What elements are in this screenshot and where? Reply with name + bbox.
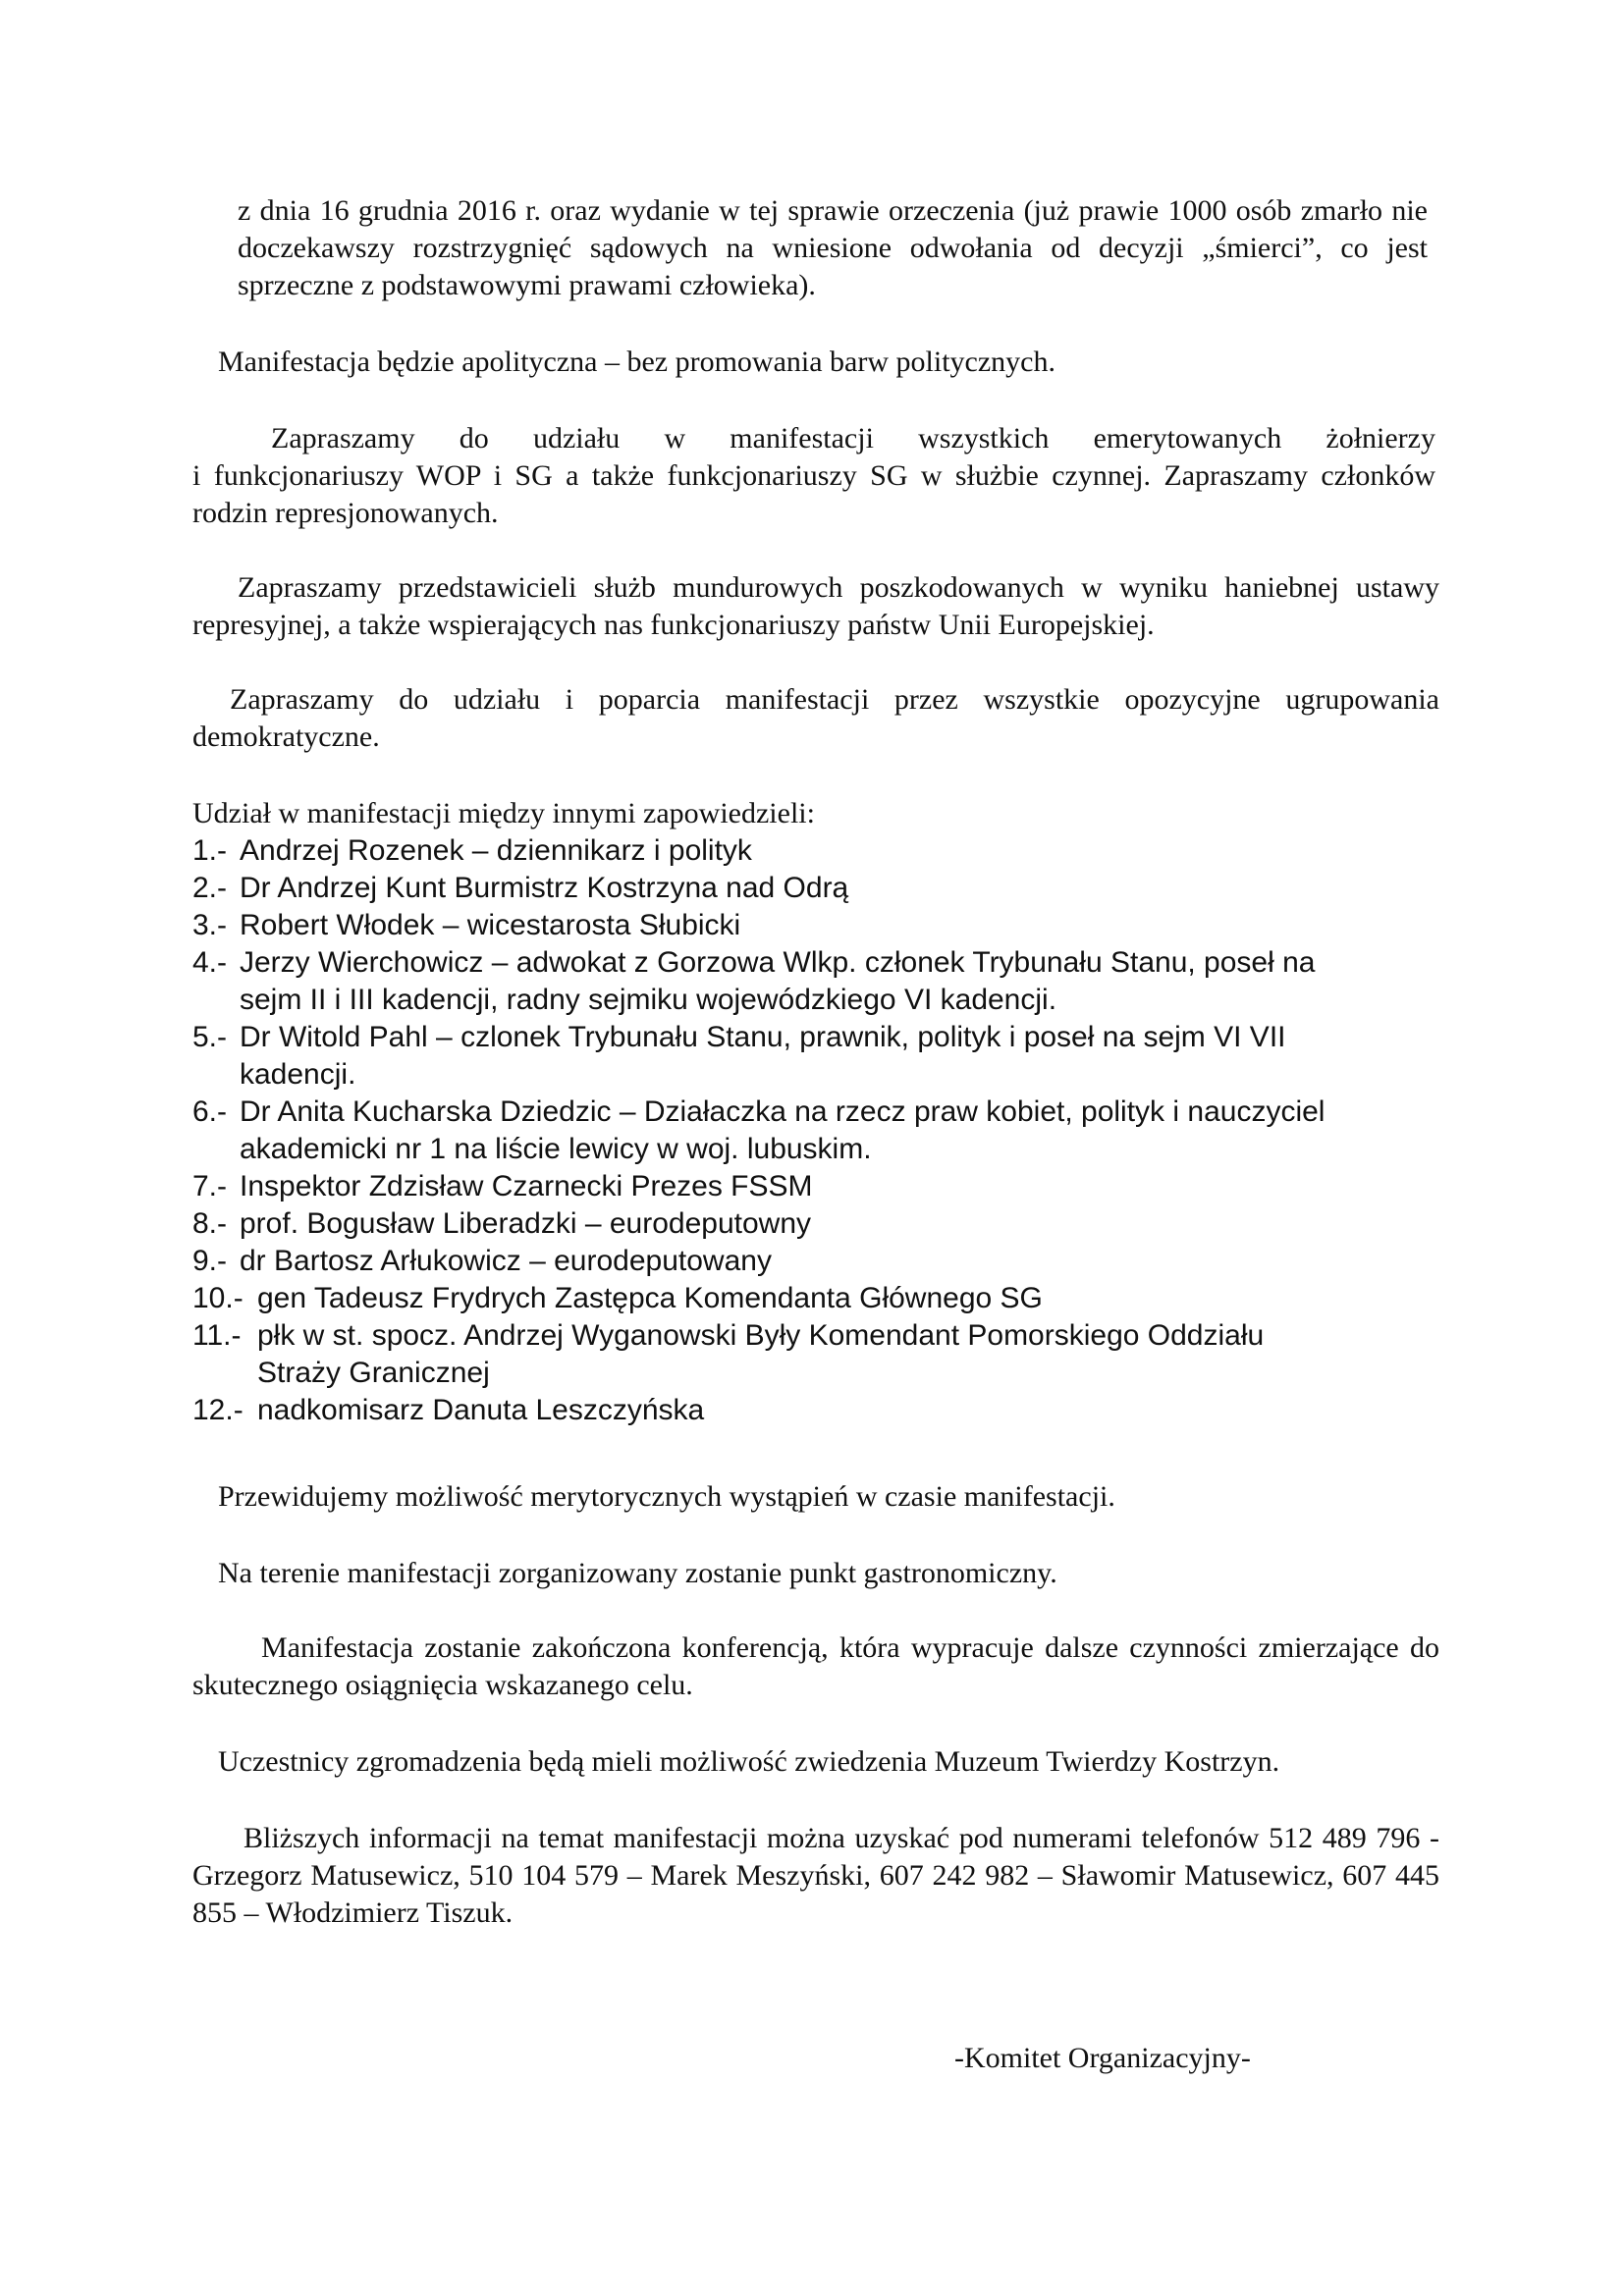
speaker-number: 6.-	[192, 1094, 240, 1168]
speaker-list-item: 10.- gen Tadeusz Frydrych Zastępca Komen…	[192, 1280, 1351, 1317]
speaker-description: prof. Bogusław Liberadzki – eurodeputown…	[240, 1205, 1351, 1243]
paragraph-contact: Bliższych informacji na temat manifestac…	[192, 1820, 1439, 1932]
speaker-description: Inspektor Zdzisław Czarnecki Prezes FSSM	[240, 1168, 1351, 1205]
speaker-number: 8.-	[192, 1205, 240, 1243]
paragraph-text-rest: i funkcjonariuszy WOP i SG a także funkc…	[192, 457, 1435, 532]
speaker-number: 5.-	[192, 1019, 240, 1094]
speakers-intro: Udział w manifestacji między innymi zapo…	[192, 795, 1439, 832]
speaker-description: gen Tadeusz Frydrych Zastępca Komendanta…	[257, 1280, 1351, 1317]
speaker-list-item: 8.- prof. Bogusław Liberadzki – eurodepu…	[192, 1205, 1351, 1243]
speaker-description: Robert Włodek – wicestarosta Słubicki	[240, 907, 1351, 944]
speaker-list-item: 11.- płk w st. spocz. Andrzej Wyganowski…	[192, 1317, 1351, 1392]
speaker-list-item: 2.- Dr Andrzej Kunt Burmistrz Kostrzyna …	[192, 870, 1351, 907]
speaker-list-item: 4.- Jerzy Wierchowicz – adwokat z Gorzow…	[192, 944, 1351, 1019]
paragraph-text: Manifestacja zostanie zakończona konfere…	[192, 1629, 1439, 1704]
speaker-description: płk w st. spocz. Andrzej Wyganowski Były…	[257, 1317, 1351, 1392]
speaker-number: 3.-	[192, 907, 240, 944]
document-page: z dnia 16 grudnia 2016 r. oraz wydanie w…	[0, 0, 1623, 2296]
speaker-number: 10.-	[192, 1280, 257, 1317]
speaker-description: nadkomisarz Danuta Leszczyńska	[257, 1392, 1351, 1429]
paragraph-text: Na terenie manifestacji zorganizowany zo…	[218, 1555, 1435, 1592]
speaker-description: Jerzy Wierchowicz – adwokat z Gorzowa Wl…	[240, 944, 1351, 1019]
paragraph-invitation-soldiers: Zapraszamy do udziału w manifestacji wsz…	[192, 420, 1435, 532]
speaker-list-item: 9.- dr Bartosz Arłukowicz – eurodeputowa…	[192, 1243, 1351, 1280]
paragraph-text: Zapraszamy do udziału i poparcia manifes…	[192, 681, 1439, 756]
speaker-number: 11.-	[192, 1317, 257, 1392]
paragraph-text: Bliższych informacji na temat manifestac…	[192, 1820, 1439, 1932]
paragraph-speeches: Przewidujemy możliwość merytorycznych wy…	[218, 1478, 1435, 1516]
paragraph-conference: Manifestacja zostanie zakończona konfere…	[192, 1629, 1439, 1704]
speaker-list-item: 7.- Inspektor Zdzisław Czarnecki Prezes …	[192, 1168, 1351, 1205]
speaker-list-item: 3.- Robert Włodek – wicestarosta Słubick…	[192, 907, 1351, 944]
paragraph-text: Przewidujemy możliwość merytorycznych wy…	[218, 1478, 1435, 1516]
paragraph-text: Zapraszamy przedstawicieli służb munduro…	[192, 569, 1439, 644]
paragraph-text: Manifestacja będzie apolityczna – bez pr…	[218, 344, 1435, 381]
speaker-list-item: 1.- Andrzej Rozenek – dziennikarz i poli…	[192, 832, 1351, 870]
speaker-list-item: 12.- nadkomisarz Danuta Leszczyńska	[192, 1392, 1351, 1429]
speaker-number: 9.-	[192, 1243, 240, 1280]
paragraph-apolitical: Manifestacja będzie apolityczna – bez pr…	[218, 344, 1435, 381]
speaker-description: Andrzej Rozenek – dziennikarz i polityk	[240, 832, 1351, 870]
speaker-list-item: 5.- Dr Witold Pahl – czlonek Trybunału S…	[192, 1019, 1351, 1094]
paragraph-text: z dnia 16 grudnia 2016 r. oraz wydanie w…	[238, 192, 1428, 304]
paragraph-museum: Uczestnicy zgromadzenia będą mieli możli…	[218, 1743, 1435, 1781]
paragraph-text-line1: Zapraszamy do udziału w manifestacji wsz…	[192, 420, 1435, 457]
speaker-number: 7.-	[192, 1168, 240, 1205]
speaker-number: 2.-	[192, 870, 240, 907]
paragraph-text: Uczestnicy zgromadzenia będą mieli możli…	[218, 1743, 1435, 1781]
paragraph-gastronomy: Na terenie manifestacji zorganizowany zo…	[218, 1555, 1435, 1592]
speaker-number: 4.-	[192, 944, 240, 1019]
speaker-number: 1.-	[192, 832, 240, 870]
paragraph-ruling-context: z dnia 16 grudnia 2016 r. oraz wydanie w…	[238, 192, 1428, 304]
speaker-description: Dr Andrzej Kunt Burmistrz Kostrzyna nad …	[240, 870, 1351, 907]
paragraph-invitation-opposition: Zapraszamy do udziału i poparcia manifes…	[192, 681, 1439, 756]
speaker-description: Dr Anita Kucharska Dziedzic – Działaczka…	[240, 1094, 1351, 1168]
speaker-description: dr Bartosz Arłukowicz – eurodeputowany	[240, 1243, 1351, 1280]
speaker-list-item: 6.- Dr Anita Kucharska Dziedzic – Działa…	[192, 1094, 1351, 1168]
speakers-intro-text: Udział w manifestacji między innymi zapo…	[192, 795, 1439, 832]
speaker-number: 12.-	[192, 1392, 257, 1429]
paragraph-invitation-services: Zapraszamy przedstawicieli służb munduro…	[192, 569, 1439, 644]
speakers-list: 1.- Andrzej Rozenek – dziennikarz i poli…	[192, 832, 1351, 1429]
speaker-description: Dr Witold Pahl – czlonek Trybunału Stanu…	[240, 1019, 1351, 1094]
signature: -Komitet Organizacyjny-	[954, 2040, 1347, 2077]
signature-text: -Komitet Organizacyjny-	[954, 2040, 1347, 2077]
